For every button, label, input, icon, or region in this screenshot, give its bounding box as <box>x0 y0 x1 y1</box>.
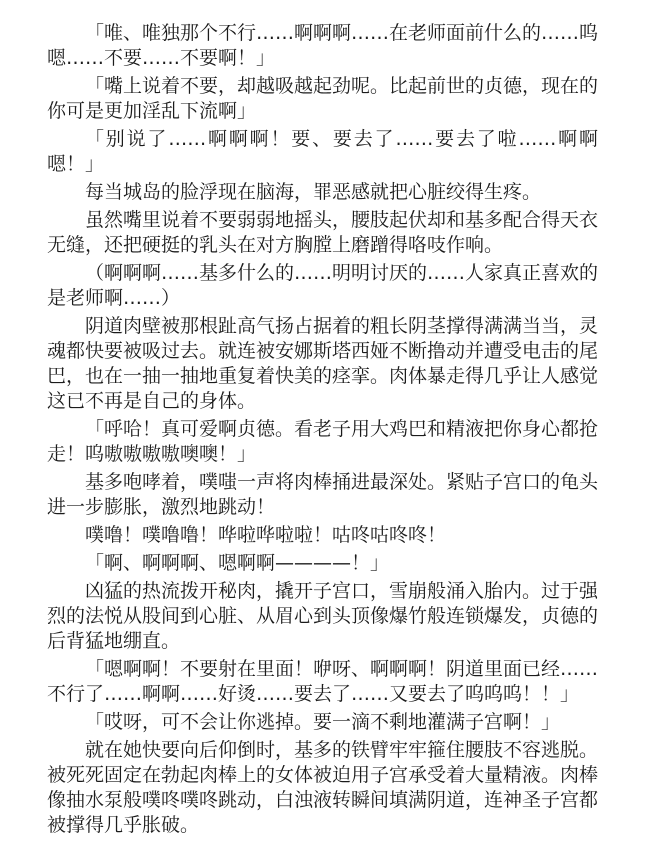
paragraph-12: 凶猛的热流拨开秘肉，撬开子宫口，雪崩般涌入胎内。过于强烈的法悦从股间到心脏、从眉… <box>47 579 598 654</box>
paragraph-15: 就在她快要向后仰倒时，基多的铁臂牢牢箍住腰肢不容逃脱。被死死固定在勃起肉棒上的女… <box>47 738 598 838</box>
paragraph-1: 「唯、唯独那个不行……啊啊啊……在老师面前什么的……呜嗯……不要……不要啊！」 <box>47 21 598 71</box>
novel-reader-page: 「唯、唯独那个不行……啊啊啊……在老师面前什么的……呜嗯……不要……不要啊！」「… <box>0 0 650 850</box>
paragraph-9: 基多咆哮着，噗嗤一声将肉棒捅进最深处。紧贴子宫口的龟头进一步膨胀，激烈地跳动！ <box>47 470 598 520</box>
paragraph-4: 每当城岛的脸浮现在脑海，罪恶感就把心脏绞得生疼。 <box>47 180 598 205</box>
paragraph-6: （啊啊啊……基多什么的……明明讨厌的……人家真正喜欢的是老师啊……） <box>47 261 598 311</box>
paragraph-5: 虽然嘴里说着不要弱弱地摇头，腰肢起伏却和基多配合得天衣无缝，还把硬挺的乳头在对方… <box>47 208 598 258</box>
paragraph-3: 「别说了……啊啊啊！要、要去了……要去了啦……啊啊嗯！」 <box>47 127 598 177</box>
paragraph-11: 「啊、啊啊啊、嗯啊啊————！」 <box>47 551 598 576</box>
paragraph-14: 「哎呀，可不会让你逃掉。要一滴不剩地灌满子宫啊！」 <box>47 710 598 735</box>
paragraph-7: 阴道肉壁被那根趾高气扬占据着的粗长阴茎撑得满满当当，灵魂都快要被吸过去。就连被安… <box>47 314 598 414</box>
paragraph-10: 噗噜！噗噜噜！哗啦哗啦啦！咕咚咕咚咚！ <box>47 523 598 548</box>
paragraph-8: 「呼哈！真可爱啊贞德。看老子用大鸡巴和精液把你身心都抢走！呜嗷嗷嗷嗷噢噢！」 <box>47 417 598 467</box>
paragraph-2: 「嘴上说着不要，却越吸越起劲呢。比起前世的贞德，现在的你可是更加淫乱下流啊」 <box>47 74 598 124</box>
paragraph-13: 「嗯啊啊！不要射在里面！咿呀、啊啊啊！阴道里面已经……不行了……啊啊……好烫……… <box>47 657 598 707</box>
